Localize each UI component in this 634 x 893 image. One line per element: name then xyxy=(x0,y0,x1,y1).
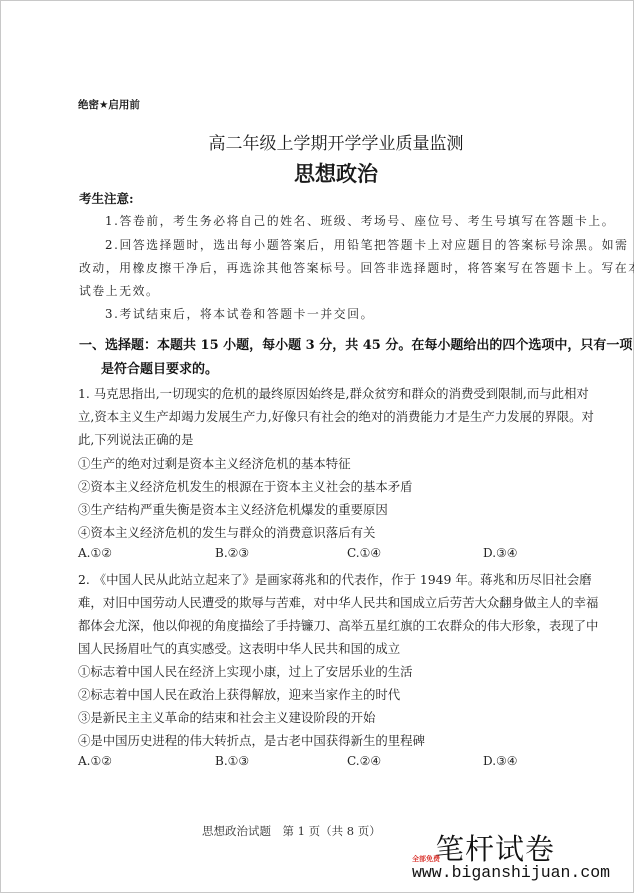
notice-line-3: 改动，用橡皮擦干净后，再选涂其他答案标号。回答非选择题时，将答案写在答题卡上。写… xyxy=(79,259,634,276)
statement-4: ④资本主义经济危机的发生与群众的消费意识落后有关 xyxy=(78,523,375,541)
question-stem-line: 立,资本主义生产却竭力发展生产力,好像只有社会的绝对的消费能力才是生产力发展的界… xyxy=(78,407,594,425)
option-b[interactable]: B.②③ xyxy=(215,546,249,560)
option-d[interactable]: D.③④ xyxy=(483,754,518,768)
question-stem-line: 国人民扬眉吐气的真实感受。这表明中华人民共和国的成立 xyxy=(78,639,400,657)
page-footer: 思想政治试题 第 1 页（共 8 页） xyxy=(202,823,381,839)
option-c[interactable]: C.①④ xyxy=(347,546,381,560)
question-stem-line: 此,下列说法正确的是 xyxy=(78,430,193,448)
notice-line-4: 试卷上无效。 xyxy=(79,282,159,299)
statement-3: ③是新民主主义革命的结束和社会主义建设阶段的开始 xyxy=(78,708,375,726)
option-a[interactable]: A.①② xyxy=(78,546,112,560)
option-c[interactable]: C.②④ xyxy=(347,754,381,768)
option-a[interactable]: A.①② xyxy=(78,754,112,768)
question-stem-line: 都体会尤深，他以仰视的角度描绘了手持镰刀、高举五星红旗的工农群众的伟大形象，表现… xyxy=(78,616,598,634)
question-stem-line: 难，对旧中国劳动人民遭受的欺辱与苦难，对中华人民共和国成立后劳苦大众翻身做主人的… xyxy=(78,593,598,611)
notice-heading: 考生注意: xyxy=(79,189,134,207)
notice-line-2: 2.回答选择题时，选出每小题答案后，用铅笔把答题卡上对应题目的答案标号涂黑。如需 xyxy=(105,236,629,253)
statement-3: ③生产结构严重失衡是资本主义经济危机爆发的重要原因 xyxy=(78,500,388,518)
confidential-label: 绝密★启用前 xyxy=(78,97,140,112)
question-stem-line: 2. 《中国人民从此站立起来了》是画家蒋兆和的代表作，作于 1949 年。蒋兆和… xyxy=(78,570,592,588)
section-heading-cont: 是符合题目要求的。 xyxy=(101,358,218,377)
exam-page: 绝密★启用前 高二年级上学期开学学业质量监测 思想政治 考生注意: 1.答卷前，… xyxy=(0,0,634,893)
exam-title: 高二年级上学期开学学业质量监测 xyxy=(1,129,634,154)
statement-1: ①标志着中国人民在经济上实现小康，过上了安居乐业的生活 xyxy=(78,662,413,680)
watermark-url[interactable]: www.biganshijuan.com xyxy=(412,863,610,882)
option-b[interactable]: B.①③ xyxy=(215,754,249,768)
section-heading: 一、选择题：本题共 15 小题，每小题 3 分，共 45 分。在每小题给出的四个… xyxy=(79,334,632,353)
watermark-title: 笔杆试卷 xyxy=(435,827,555,868)
subject-title: 思想政治 xyxy=(1,158,634,188)
statement-2: ②资本主义经济危机发生的根源在于资本主义社会的基本矛盾 xyxy=(78,477,413,495)
notice-line-5: 3.考试结束后，将本试卷和答题卡一并交回。 xyxy=(105,305,374,322)
statement-2: ②标志着中国人民在政治上获得解放，迎来当家作主的时代 xyxy=(78,685,400,703)
option-d[interactable]: D.③④ xyxy=(483,546,518,560)
question-stem-line: 1. 马克思指出,一切现实的危机的最终原因始终是,群众贫穷和群众的消费受到限制,… xyxy=(78,384,589,402)
notice-line-1: 1.答卷前，考生务必将自己的姓名、班级、考场号、座位号、考生号填写在答题卡上。 xyxy=(105,212,615,229)
statement-4: ④是中国历史进程的伟大转折点，是古老中国获得新生的里程碑 xyxy=(78,731,425,749)
statement-1: ①生产的绝对过剩是资本主义经济危机的基本特征 xyxy=(78,454,351,472)
